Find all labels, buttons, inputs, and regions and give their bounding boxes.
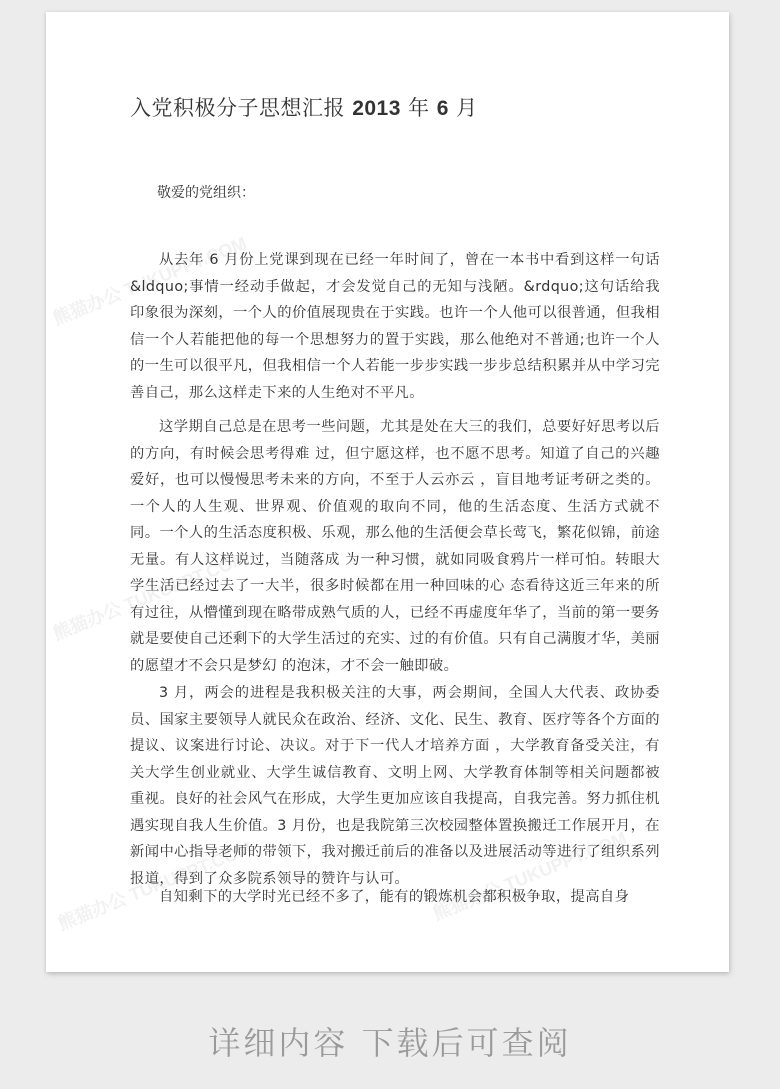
download-prompt: 详细内容 下载后可查阅 (0, 1018, 780, 1064)
document-page: 熊猫办公 TUKUPPT.COM 熊猫办公 TUKUPPT.COM 熊猫办公 T… (46, 12, 729, 972)
document-title: 入党积极分子思想汇报 2013 年 6 月 (130, 92, 478, 122)
title-year-unit: 年 (408, 96, 430, 120)
paragraph-2: 这学期自己总是在思考一些问题，尤其是处在大三的我们，总要好好思考以后的方向，有时… (130, 414, 660, 679)
title-month: 6 (437, 97, 449, 120)
title-year: 2013 (352, 97, 401, 120)
title-text: 入党积极分子思想汇报 (130, 96, 345, 120)
title-month-unit: 月 (456, 96, 478, 120)
paragraph-4: 自知剩下的大学时光已经不多了，能有的锻炼机会都积极争取，提高自身 (130, 884, 660, 911)
paragraph-3: 3 月，两会的进程是我积极关注的大事，两会期间，全国人大代表、政协委员、国家主要… (130, 680, 660, 892)
paragraph-1: 从去年 6 月份上党课到现在已经一年时间了，曾在一本书中看到这样一句话&ldqu… (130, 247, 660, 406)
salutation: 敬爱的党组织： (157, 182, 255, 202)
